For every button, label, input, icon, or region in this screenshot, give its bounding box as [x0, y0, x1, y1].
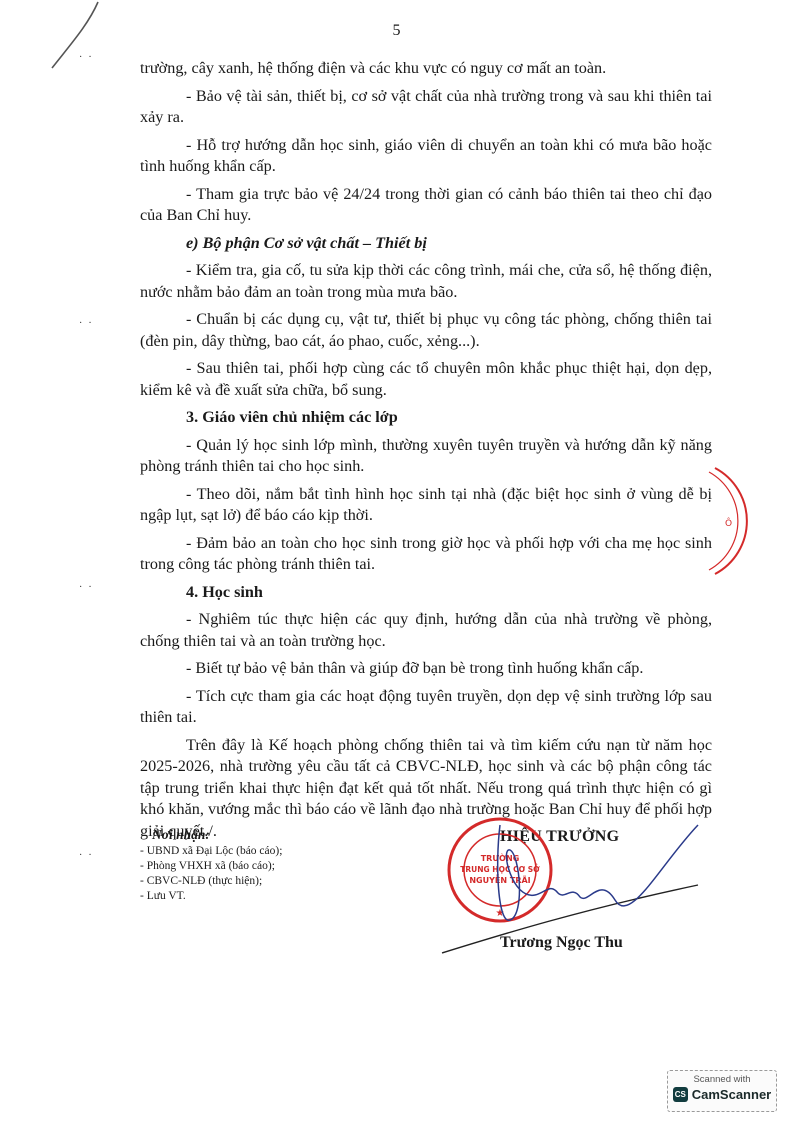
- body-paragraph: - Nghiêm túc thực hiện các quy định, hướ…: [140, 609, 712, 652]
- section-heading: 4. Học sinh: [140, 582, 712, 604]
- punch-dots: ··: [79, 318, 98, 329]
- body-paragraph: trường, cây xanh, hệ thống điện và các k…: [140, 58, 712, 80]
- svg-text:Ô: Ô: [725, 517, 732, 529]
- body-paragraph: - Chuẩn bị các dụng cụ, vật tư, thiết bị…: [140, 309, 712, 352]
- recipient-item: - Phòng VHXH xã (báo cáo);: [140, 859, 282, 874]
- body-paragraph: - Kiểm tra, gia cố, tu sửa kịp thời các …: [140, 260, 712, 303]
- recipients-label: Nơi nhận:: [152, 827, 282, 842]
- body-paragraph: - Bảo vệ tài sản, thiết bị, cơ sở vật ch…: [140, 86, 712, 129]
- body-paragraph: - Theo dõi, nắm bắt tình hình học sinh t…: [140, 484, 712, 527]
- signer-name: Trương Ngọc Thu: [500, 934, 623, 952]
- recipient-item: - Lưu VT.: [140, 889, 282, 904]
- recipients-block: Nơi nhận: - UBND xã Đại Lộc (báo cáo); -…: [140, 827, 282, 904]
- partial-stamp: Ô: [705, 466, 765, 576]
- section-heading: 3. Giáo viên chủ nhiệm các lớp: [140, 407, 712, 429]
- punch-dots: ··: [79, 850, 98, 861]
- camscanner-logo-icon: CS: [673, 1087, 688, 1102]
- body-paragraph: - Biết tự bảo vệ bản thân và giúp đỡ bạn…: [140, 658, 712, 680]
- watermark-caption: Scanned with: [668, 1074, 776, 1085]
- punch-dots: ··: [79, 582, 98, 593]
- camscanner-watermark: Scanned with CS CamScanner: [667, 1070, 777, 1112]
- body-paragraph: - Quản lý học sinh lớp mình, thường xuyê…: [140, 435, 712, 478]
- watermark-brand: CamScanner: [692, 1087, 771, 1102]
- document-body: trường, cây xanh, hệ thống điện và các k…: [140, 58, 712, 848]
- body-paragraph: - Đảm bảo an toàn cho học sinh trong giờ…: [140, 533, 712, 576]
- body-paragraph: - Tham gia trực bảo vệ 24/24 trong thời …: [140, 184, 712, 227]
- body-paragraph: - Tích cực tham gia các hoạt động tuyên …: [140, 686, 712, 729]
- recipient-item: - CBVC-NLĐ (thực hiện);: [140, 874, 282, 889]
- section-heading: e) Bộ phận Cơ sở vật chất – Thiết bị: [140, 233, 712, 255]
- body-paragraph: - Hỗ trợ hướng dẫn học sinh, giáo viên d…: [140, 135, 712, 178]
- recipient-item: - UBND xã Đại Lộc (báo cáo);: [140, 844, 282, 859]
- punch-dots: ··: [79, 52, 98, 63]
- handwritten-signature: [440, 805, 700, 955]
- body-paragraph: - Sau thiên tai, phối hợp cùng các tổ ch…: [140, 358, 712, 401]
- page-number: 5: [0, 22, 793, 40]
